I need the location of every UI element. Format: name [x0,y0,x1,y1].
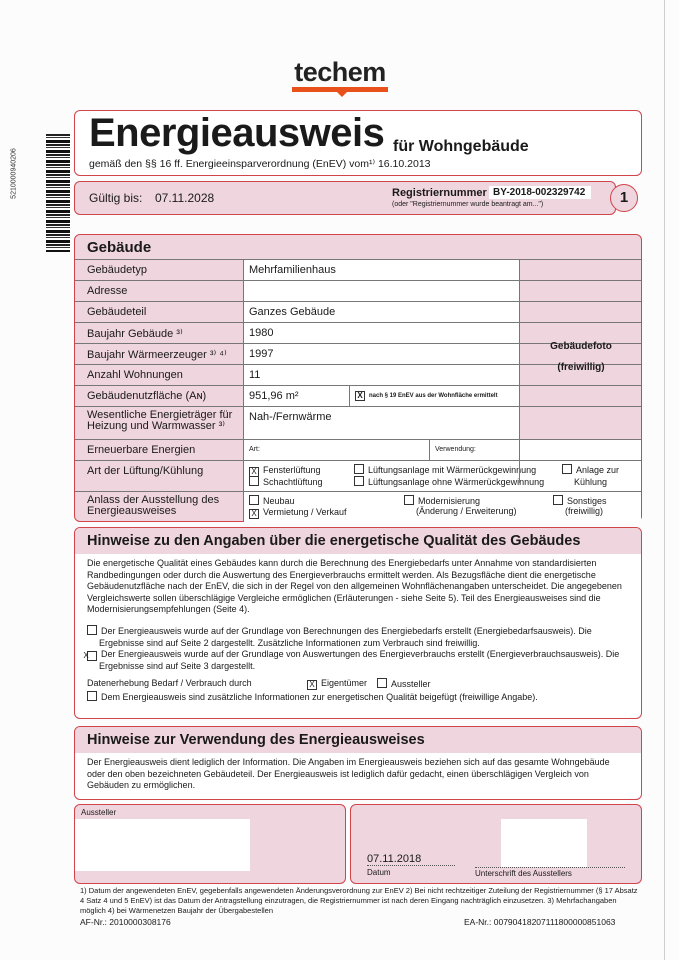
logo-text: techem [290,58,390,86]
page-edge [664,0,665,960]
art-field[interactable]: Art: [243,440,429,460]
row-value: Nah-/Fernwärme [243,407,519,439]
option-aussteller[interactable]: Aussteller [377,678,431,691]
ea-number: EA-Nr.: 00790418207111800000851063 [464,917,615,927]
row-value [243,281,519,301]
row-label: Gebäudeteil [87,306,146,318]
row-label: Anzahl Wohnungen [87,369,183,381]
nutzflaeche-note: nach § 19 EnEV aus der Wohnfläche ermitt… [369,393,498,399]
valid-until-label: Gültig bis: [89,191,142,205]
redacted-issuer [75,819,250,871]
checkbox-icon [249,495,259,505]
option-label-2: (freiwillig) [553,506,603,516]
row-label: Baujahr Gebäude ³⁾ [87,327,183,340]
checkbox-checked-icon: X [87,651,97,661]
building-photo-area: Gebäudefoto (freiwillig) [519,259,642,483]
option-label: Fensterlüftung [263,465,321,475]
option-label: Neubau [263,496,295,506]
option-modernisierung[interactable]: Modernisierung(Änderung / Erweiterung) [404,495,517,516]
barcode-number: 5210000940206 [11,124,18,224]
af-number: AF-Nr.: 2010000308176 [80,917,171,927]
row-label: Baujahr Wärmeerzeuger ³⁾ ⁴⁾ [87,348,227,361]
checkbox-icon [404,495,414,505]
option-label: Der Energieausweis wurde auf der Grundla… [99,649,619,671]
checkbox-icon [553,495,563,505]
row-value: 951,96 m² [243,386,349,406]
option-label: Schachtlüftung [263,477,323,487]
building-section: Gebäude Gebäudetyp Mehrfamilienhaus Adre… [74,234,642,522]
row-value: 1980 [243,323,519,343]
option-label: Modernisierung [418,496,480,506]
issuer-box: Aussteller [74,804,346,884]
option-label: Lüftungsanlage mit Wärmerückgewinnung [368,465,536,475]
quality-notes-section: Hinweise zu den Angaben über die energet… [74,527,642,719]
section-header: Hinweise zur Verwendung des Energieauswe… [75,727,641,753]
section-header: Hinweise zu den Angaben über die energet… [75,528,641,554]
option-verbrauchsausweis[interactable]: XDer Energieausweis wurde auf der Grundl… [87,649,639,673]
quality-notes-title: Hinweise zu den Angaben über die energet… [87,533,580,549]
row-value: Ganzes Gebäude [243,302,519,322]
row-label: Art der Lüftung/Kühlung [87,465,203,477]
datenerhebung-label: Datenerhebung Bedarf / Verbrauch durch [87,678,252,688]
quality-notes-text: Die energetische Qualität eines Gebäudes… [87,558,627,616]
usage-notes-title: Hinweise zur Verwendung des Energieauswe… [87,732,425,748]
row-value: Mehrfamilienhaus [243,260,519,280]
barcode [46,134,70,252]
row-label: Gebäudenutzfläche (Aɴ) [87,390,206,402]
datenerhebung-row: Datenerhebung Bedarf / Verbrauch durch X… [87,678,627,690]
option-vermietung[interactable]: XVermietung / Verkauf [249,507,347,519]
row-label: Wesentliche Energieträger für Heizung un… [87,410,237,432]
option-label: Vermietung / Verkauf [263,507,347,517]
option-zusatzinfo[interactable]: Dem Energieausweis sind zusätzliche Info… [87,691,627,704]
row-label: Gebäudetyp [87,264,147,276]
usage-notes-section: Hinweise zur Verwendung des Energieauswe… [74,726,642,800]
photo-sublabel: (freiwillig) [520,362,642,373]
law-reference: gemäß den §§ 16 ff. Energieeinsparverord… [89,158,431,170]
document-title: Energieausweis [89,111,384,156]
issuer-label: Aussteller [81,808,116,817]
option-lueftungsanlage-mit[interactable]: Lüftungsanlage mit Wärmerückgewinnung [354,464,536,476]
document-subtitle: für Wohngebäude [393,138,529,156]
option-eigentuemer[interactable]: XEigentümer [307,678,367,690]
checkbox-icon [87,691,97,701]
option-schachtlueftung[interactable]: Schachtlüftung [249,476,323,488]
row-anlass: Anlass der Ausstellung des Energieauswei… [75,491,641,522]
anlass-options: Neubau XVermietung / Verkauf Modernisier… [243,492,641,522]
registration-note: (oder "Registriernummer wurde beantragt … [392,201,543,208]
option-lueftungsanlage-ohne[interactable]: Lüftungsanlage ohne Wärmerückgewinnung [354,476,544,488]
row-value: 11 [243,365,519,385]
row-value: 1997 [243,344,519,364]
date-label: Datum [367,868,391,877]
logo-swoosh-icon [292,87,388,92]
checkbox-checked-icon: X [249,509,259,519]
building-section-title: Gebäude [87,239,151,256]
photo-label: Gebäudefoto [520,341,642,352]
row-label: Anlass der Ausstellung des Energieauswei… [87,495,237,517]
option-label-2: (Änderung / Erweiterung) [404,506,517,516]
checkbox-icon [87,625,97,635]
signature-label: Unterschrift des Ausstellers [475,867,625,878]
nutzflaeche-checkbox[interactable]: Xnach § 19 EnEV aus der Wohnfläche ermit… [349,386,519,406]
valid-until-value: 07.11.2028 [155,191,214,205]
registration-number: BY-2018-002329742 [489,186,591,199]
option-neubau[interactable]: Neubau [249,495,295,506]
registration-label: Registriernummer ²⁾ [392,186,496,199]
checkbox-icon [249,476,259,486]
option-label: Aussteller [391,679,431,689]
techem-logo: techem [290,58,390,92]
checkbox-icon [354,476,364,486]
row-label: Erneuerbare Energien [87,444,195,456]
option-label: Sonstiges [567,496,607,506]
title-box: Energieausweis für Wohngebäude gemäß den… [74,110,642,176]
option-label: Lüftungsanlage ohne Wärmerückgewinnung [368,477,544,487]
option-bedarfsausweis[interactable]: Der Energieausweis wurde auf der Grundla… [87,625,639,649]
page-number: 1 [610,184,638,212]
signature-date: 07.11.2018 [367,853,455,866]
option-label: Eigentümer [321,678,367,688]
checkbox-checked-icon: X [355,391,365,401]
signature-box: 07.11.2018 Datum Unterschrift des Ausste… [350,804,642,884]
row-label: Adresse [87,285,127,297]
footnotes: 1) Datum der angewendeten EnEV, gegebenf… [80,886,640,916]
checkbox-icon [377,678,387,688]
option-label: Der Energieausweis wurde auf der Grundla… [99,626,592,648]
option-sonstiges[interactable]: Sonstiges(freiwillig) [553,495,607,516]
checkbox-icon [354,464,364,474]
checkbox-checked-icon: X [307,680,317,690]
usage-notes-text: Der Energieausweis dient lediglich der I… [87,757,627,792]
redacted-signature [501,819,587,867]
validity-box: Gültig bis: 07.11.2028 Registriernummer … [74,181,616,215]
option-label: Dem Energieausweis sind zusätzliche Info… [101,692,538,702]
